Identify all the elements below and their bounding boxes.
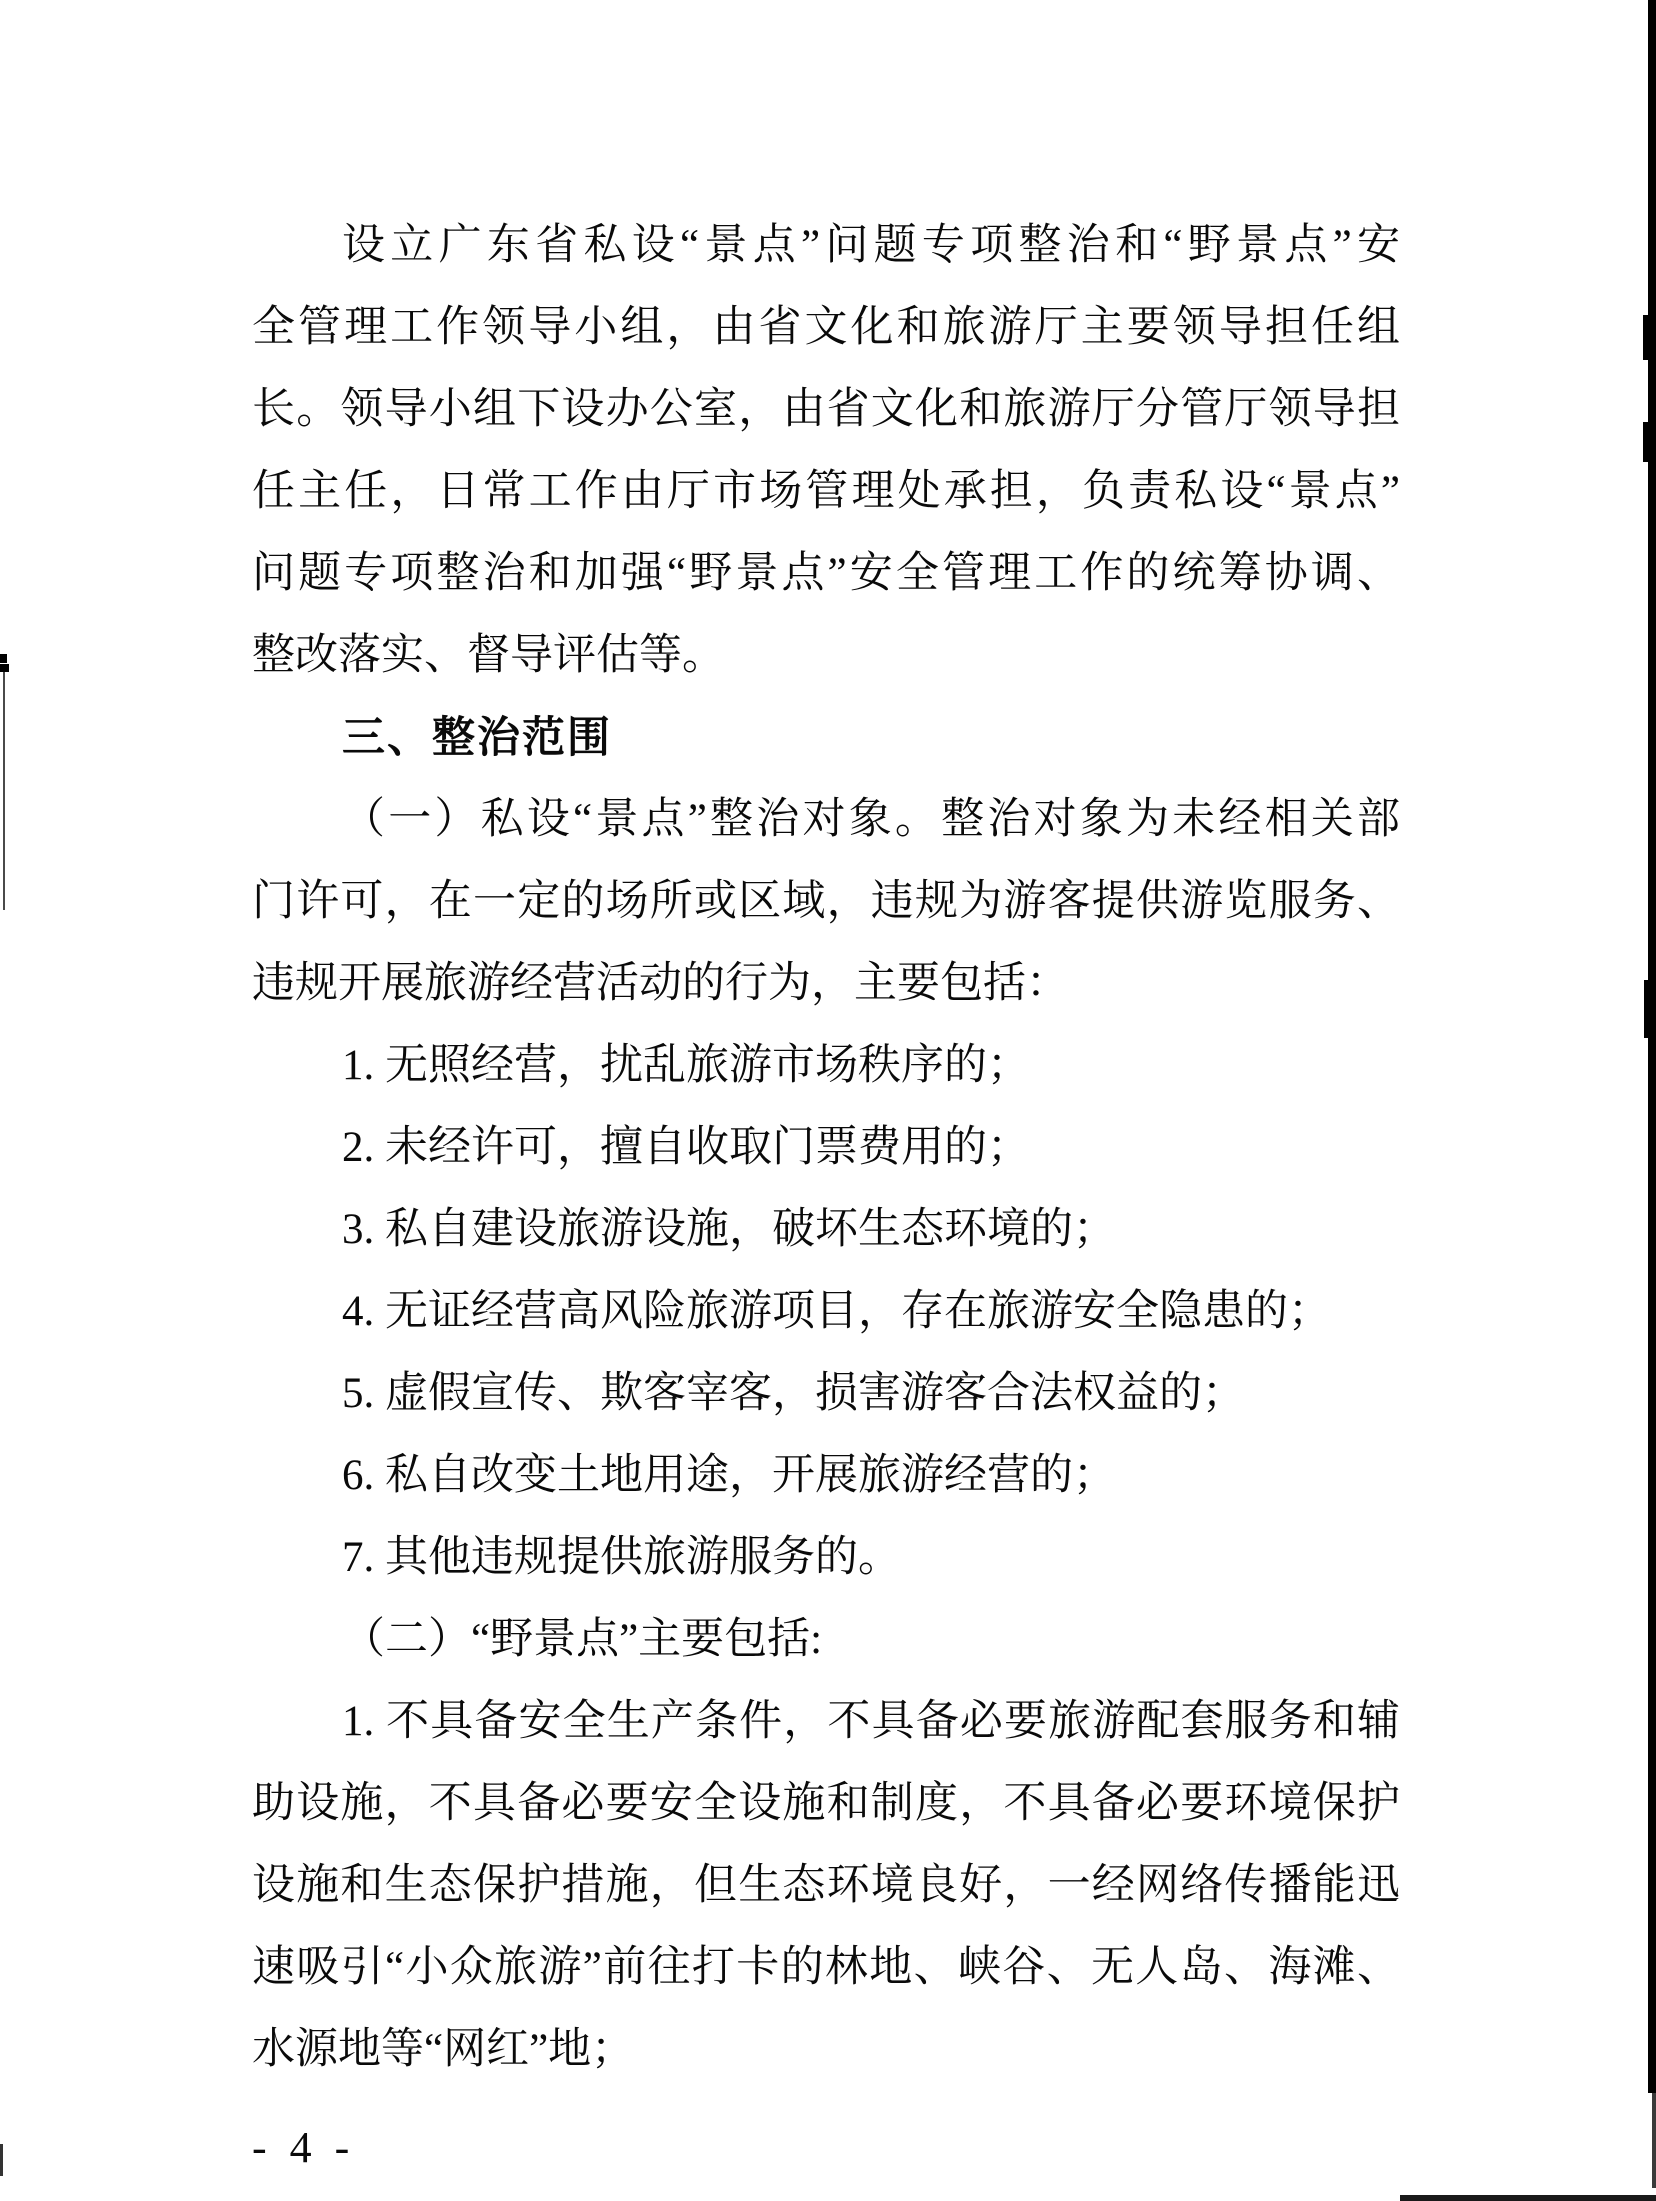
- document-line: （二）“野景点”主要包括:: [252, 1599, 1400, 1681]
- scan-artifact-right-thin: [1652, 2093, 1656, 2188]
- document-line: 4. 无证经营高风险旅游项目，存在旅游安全隐患的；: [252, 1271, 1400, 1353]
- scan-artifact-right-edge-bar: [1648, 0, 1656, 2093]
- document-line: （一）私设“景点”整治对象。整治对象为未经相关部: [252, 779, 1400, 861]
- document-line: 长。领导小组下设办公室，由省文化和旅游厅分管厅领导担: [252, 369, 1400, 451]
- scan-artifact-bottom-strip: [1400, 2195, 1656, 2201]
- scan-artifact-left-mark-1: [0, 654, 7, 663]
- scan-artifact-left-mark-2: [0, 664, 9, 672]
- document-body: 设立广东省私设“景点”问题专项整治和“野景点”安全管理工作领导小组，由省文化和旅…: [252, 205, 1400, 2091]
- document-line: 门许可，在一定的场所或区域，违规为游客提供游览服务、: [252, 861, 1400, 943]
- document-line: 7. 其他违规提供旅游服务的。: [252, 1517, 1400, 1599]
- scan-artifact-right-bump-3: [1644, 980, 1649, 1038]
- document-line: 问题专项整治和加强“野景点”安全管理工作的统筹协调、: [252, 533, 1400, 615]
- document-line: 设立广东省私设“景点”问题专项整治和“野景点”安: [252, 205, 1400, 287]
- document-line: 6. 私自改变土地用途，开展旅游经营的；: [252, 1435, 1400, 1517]
- document-line: 1. 不具备安全生产条件，不具备必要旅游配套服务和辅: [252, 1681, 1400, 1763]
- document-line: 整改落实、督导评估等。: [252, 615, 1400, 697]
- document-page: 设立广东省私设“景点”问题专项整治和“野景点”安全管理工作领导小组，由省文化和旅…: [0, 0, 1656, 2201]
- scan-artifact-right-bump-2: [1643, 422, 1649, 462]
- document-line: 违规开展旅游经营活动的行为，主要包括：: [252, 943, 1400, 1025]
- document-line: 3. 私自建设旅游设施，破坏生态环境的；: [252, 1189, 1400, 1271]
- document-line: 5. 虚假宣传、欺客宰客，损害游客合法权益的；: [252, 1353, 1400, 1435]
- document-line: 速吸引“小众旅游”前往打卡的林地、峡谷、无人岛、海滩、: [252, 1927, 1400, 2009]
- document-line: 三、整治范围: [252, 697, 1400, 779]
- page-number: - 4 -: [252, 2126, 355, 2170]
- document-line: 1. 无照经营，扰乱旅游市场秩序的；: [252, 1025, 1400, 1107]
- document-line: 2. 未经许可，擅自收取门票费用的；: [252, 1107, 1400, 1189]
- scan-artifact-left-mark-3: [0, 2144, 3, 2176]
- document-line: 水源地等“网红”地；: [252, 2009, 1400, 2091]
- document-line: 助设施，不具备必要安全设施和制度，不具备必要环境保护: [252, 1763, 1400, 1845]
- scan-artifact-right-bump-1: [1643, 315, 1649, 360]
- document-line: 设施和生态保护措施，但生态环境良好，一经网络传播能迅: [252, 1845, 1400, 1927]
- document-line: 全管理工作领导小组，由省文化和旅游厅主要领导担任组: [252, 287, 1400, 369]
- document-line: 任主任，日常工作由厅市场管理处承担，负责私设“景点”: [252, 451, 1400, 533]
- scan-artifact-left-line: [3, 672, 5, 910]
